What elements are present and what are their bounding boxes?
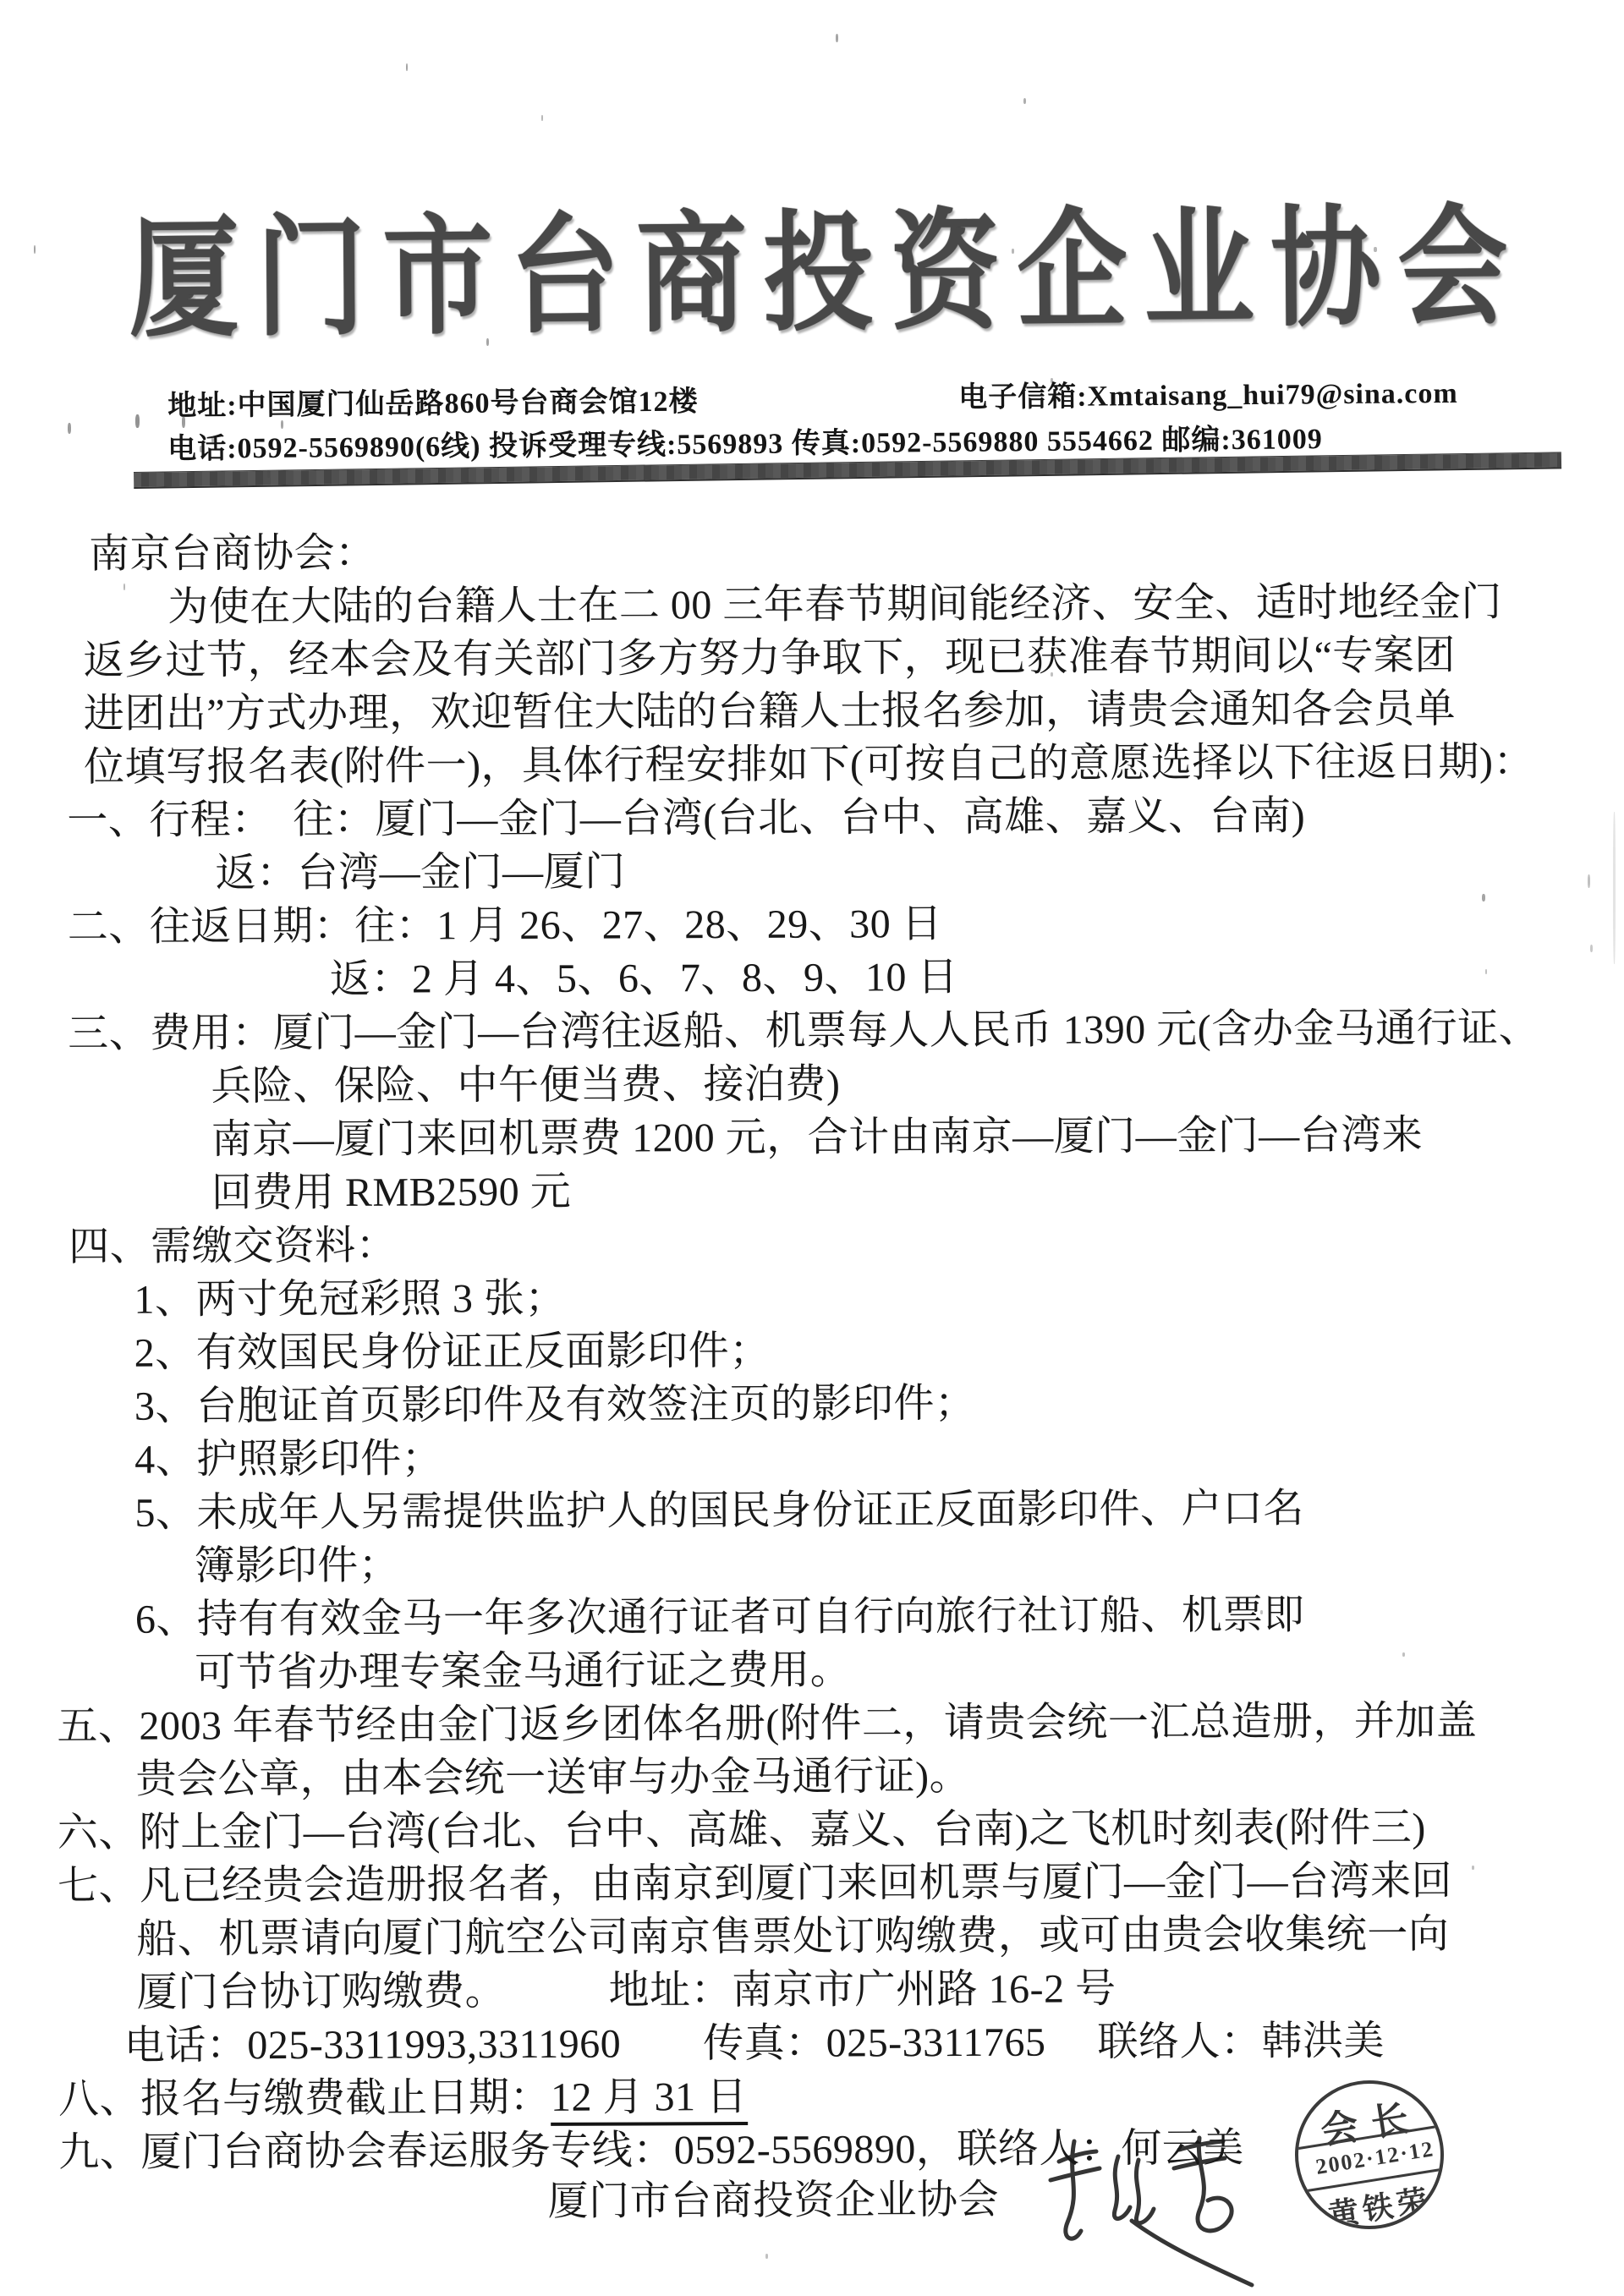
scan-speck bbox=[211, 436, 214, 443]
scan-speck bbox=[406, 63, 408, 71]
scan-speck bbox=[200, 446, 202, 452]
body-line: 八、报名与缴费截止日期：12 月 31 日 bbox=[58, 2074, 748, 2123]
scan-speck bbox=[1472, 1866, 1474, 1870]
scan-speck bbox=[182, 416, 185, 428]
scan-speck bbox=[1588, 874, 1590, 888]
body-line: 三、费用：厦门—金门—台湾往返船、机票每人人民币 1390 元(含办金马通行证、 bbox=[68, 1005, 1539, 1058]
scan-speck bbox=[765, 2254, 768, 2259]
body-line: 可节省办理专案金马通行证之费用。 bbox=[195, 1647, 851, 1697]
body-line: 六、附上金门—台湾(台北、台中、高雄、嘉义、台南)之飞机时刻表(附件三) bbox=[58, 1805, 1426, 1857]
body-line: 1、两寸免冠彩照 3 张； bbox=[134, 1275, 566, 1324]
scan-speck bbox=[1613, 812, 1616, 964]
scan-speck bbox=[836, 34, 838, 42]
handwritten-signature bbox=[1030, 2128, 1284, 2296]
body-line: 一、行程： 往：厦门—金门—台湾(台北、台中、高雄、嘉义、台南) bbox=[67, 792, 1305, 845]
body-line: 七、凡已经贵会造册报名者，由南京到厦门来回机票与厦门—金门—台湾来回 bbox=[58, 1858, 1452, 1910]
president-stamp: 会长 2002·12·12 黄铁荣 bbox=[1284, 2069, 1454, 2239]
body-line: 返乡过节，经本会及有关部门多方努力争取下，现已获准春节期间以“专案团 bbox=[83, 633, 1456, 685]
body-line: 兵险、保险、中午便当费、接泊费) bbox=[211, 1061, 840, 1111]
body-line: 南京台商协会： bbox=[89, 530, 376, 578]
body-line: 厦门市台商投资企业协会 bbox=[547, 2177, 999, 2226]
deadline-underlined: 12 月 31 日 bbox=[551, 2074, 748, 2126]
body-line: 6、持有有效金马一年多次通行证者可自行向旅行社订船、机票即 bbox=[135, 1592, 1305, 1643]
scan-speck bbox=[1012, 249, 1014, 254]
body-line: 簿影印件； bbox=[195, 1543, 400, 1591]
scan-speck bbox=[541, 115, 543, 121]
body-line: 返：台湾—金门—厦门 bbox=[215, 849, 625, 898]
scan-speck bbox=[1374, 247, 1377, 252]
scan-speck bbox=[1023, 98, 1026, 104]
body-line: 南京—厦门来回机票费 1200 元，合计由南京—厦门—金门—台湾来 bbox=[211, 1112, 1424, 1164]
body-line: 二、往返日期：往：1 月 26、27、28、29、30 日 bbox=[68, 901, 943, 951]
scan-speck bbox=[135, 414, 140, 428]
body-line: 为使在大陆的台籍人士在二 00 三年春节期间能经济、安全、适时地经金门 bbox=[167, 579, 1502, 632]
scanned-letter-page: 厦门市台商投资企业协会 地址:中国厦门仙岳路860号台商会馆12楼 电子信箱:X… bbox=[0, 0, 1624, 2296]
scan-speck bbox=[1482, 894, 1485, 901]
stamp-date: 2002·12·12 bbox=[1314, 2136, 1436, 2180]
scan-speck bbox=[1485, 969, 1487, 974]
scan-speck bbox=[1051, 378, 1053, 383]
scan-speck bbox=[123, 584, 125, 590]
body-line: 进团出”方式办理，欢迎暂住大陆的台籍人士报名参加，请贵会通知各会员单 bbox=[84, 686, 1457, 738]
body-line: 4、护照影印件； bbox=[134, 1435, 442, 1483]
body-line: 电话：025-3311993,3311960 传真：025-3311765 联络… bbox=[124, 2018, 1385, 2070]
body-line: 5、未成年人另需提供监护人的国民身份证正反面影印件、户口名 bbox=[134, 1485, 1304, 1537]
scan-speck bbox=[1590, 945, 1593, 952]
scan-speck bbox=[68, 423, 71, 434]
body-line: 贵会公章，由本会统一送审与办金马通行证)。 bbox=[136, 1753, 971, 1804]
scan-speck bbox=[267, 470, 270, 478]
body-line: 位填写报名表(附件一)，具体行程安排如下(可按自己的意愿选择以下往返日期)： bbox=[84, 738, 1534, 792]
scan-speck bbox=[486, 338, 489, 346]
scan-speck bbox=[1051, 672, 1053, 677]
body-line: 五、2003 年春节经由金门返乡团体名册(附件二，请贵会统一汇总造册，并加盖 bbox=[57, 1698, 1477, 1751]
body-line: 3、台胞证首页影印件及有效签注页的影印件； bbox=[134, 1380, 976, 1431]
body-line: 返：2 月 4、5、6、7、8、9、10 日 bbox=[330, 954, 958, 1004]
scan-speck bbox=[34, 245, 36, 254]
scan-speck bbox=[1260, 1610, 1263, 1614]
body-line: 厦门台协订购缴费。 地址：南京市广州路 16-2 号 bbox=[136, 1965, 1116, 2016]
body-line: 四、需缴交资料： bbox=[69, 1223, 397, 1271]
body-line: 2、有效国民身份证正反面影印件； bbox=[134, 1328, 771, 1378]
body-line: 船、机票请向厦门航空公司南京售票处订购缴费，或可由贵会收集统一向 bbox=[136, 1911, 1449, 1964]
stamp-circle: 会长 2002·12·12 黄铁荣 bbox=[1284, 2069, 1454, 2239]
scan-speck bbox=[1402, 1652, 1405, 1657]
body-line: 回费用 RMB2590 元 bbox=[211, 1169, 571, 1218]
letter-body: 南京台商协会：为使在大陆的台籍人士在二 00 三年春节期间能经济、安全、适时地经… bbox=[0, 0, 1624, 2296]
scan-speck bbox=[281, 420, 283, 429]
